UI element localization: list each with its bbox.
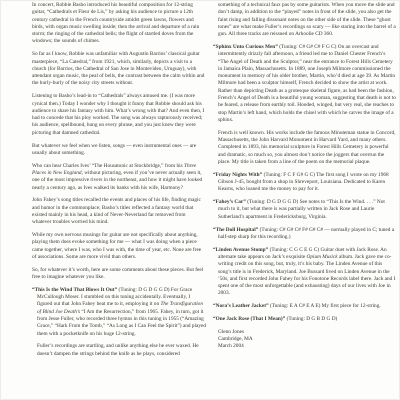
text-segment: While my own nervous musings for guitar … [32, 232, 201, 260]
text-segment: Fuller’s recordings are startling, and u… [37, 343, 199, 356]
song-title: “Friday Nights With” [213, 172, 262, 178]
song-note: “Fahey’s Car” (Tuning: D G D G G D) See … [213, 199, 397, 221]
song-note: “Nora’s Leather Jacket” (Tuning: E A C# … [213, 303, 397, 310]
column-right: something of a technical faux pas by som… [213, 2, 397, 351]
paragraph: Fuller’s recordings are startling, and u… [32, 343, 206, 358]
text-segment: But whatever we feel when we listen, son… [32, 143, 196, 156]
text-segment: (Tuning: E A C# E A E) My first piece fo… [269, 303, 381, 309]
paragraph: So far as I know, Robbie was unfamiliar … [32, 51, 206, 87]
text-segment: Listening to Basho’s lead-in to “Cathedr… [32, 93, 204, 135]
paragraph: But whatever we feel when we listen, son… [32, 143, 206, 158]
text-segment: album. Jack gave me co-writing credit on… [218, 254, 395, 296]
signature-line: March 2004 [218, 343, 397, 350]
paragraph: French is well known. His works include … [213, 130, 397, 166]
text-segment: something of a technical faux pas by som… [218, 2, 396, 37]
song-note: “One Jack Rose (That I Mean)” (Tuning: D… [213, 316, 397, 323]
paragraph: In concert, Robbie Basho introduced his … [32, 2, 206, 46]
song-title: “The Doll Hospital” [213, 227, 258, 233]
text-segment: (Tuning: D G B D G D) [285, 316, 337, 322]
text-segment: Who can hear Charles Ives’ “The Housaton… [32, 163, 184, 169]
paragraph: Who can hear Charles Ives’ “The Housaton… [32, 163, 206, 192]
text-segment: French is well known. His works include … [218, 130, 395, 165]
text-segment: Opium Musick [307, 254, 338, 260]
song-title: “Sphinx Unto Curious Men” [213, 44, 278, 50]
song-note: “Sphinx Unto Curious Men” (Tuning: C# G#… [213, 44, 397, 124]
text-segment: (Tuning: C# G# C# F G C) On an overcast … [218, 44, 396, 123]
text-segment: So far as I know, Robbie was unfamiliar … [32, 51, 204, 86]
paragraph: Listening to Basho’s lead-in to “Cathedr… [32, 93, 206, 137]
column-left: In concert, Robbie Basho introduced his … [32, 2, 206, 363]
paragraph: something of a technical faux pas by som… [213, 2, 397, 38]
liner-notes-page: In concert, Robbie Basho introduced his … [0, 0, 400, 400]
text-segment: John Fahey’s song titles recalled the ev… [32, 197, 201, 225]
song-title: “Linden Avenue Stomp” [213, 247, 268, 253]
paragraph: While my own nervous musings for guitar … [32, 232, 206, 261]
paragraph: John Fahey’s song titles recalled the ev… [32, 197, 206, 226]
song-note: “Friday Nights With” (Tuning: F C F G# G… [213, 172, 397, 194]
signature-line: Glenn Jones [218, 329, 397, 336]
song-note: “The Doll Hospital” (Tuning: C# G# C# F#… [213, 227, 397, 242]
song-title: “Fahey’s Car” [213, 199, 246, 205]
text-segment: In concert, Robbie Basho introduced his … [32, 2, 199, 44]
song-title: “This Is the Wind That Blows It Out” [32, 287, 117, 293]
song-title: “Nora’s Leather Jacket” [213, 303, 269, 309]
text-segment: So, for whatever it’s worth, here are so… [32, 267, 203, 280]
song-note: “This Is the Wind That Blows It Out” (Tu… [32, 287, 206, 338]
paragraph: So, for whatever it’s worth, here are so… [32, 267, 206, 282]
song-title: “One Jack Rose (That I Mean)” [213, 316, 285, 322]
signature-line: Cambridge, MA [218, 336, 397, 343]
signature: Glenn JonesCambridge, MAMarch 2004 [213, 329, 397, 351]
song-note: “Linden Avenue Stomp” (Tuning: C G C E G… [213, 247, 397, 298]
